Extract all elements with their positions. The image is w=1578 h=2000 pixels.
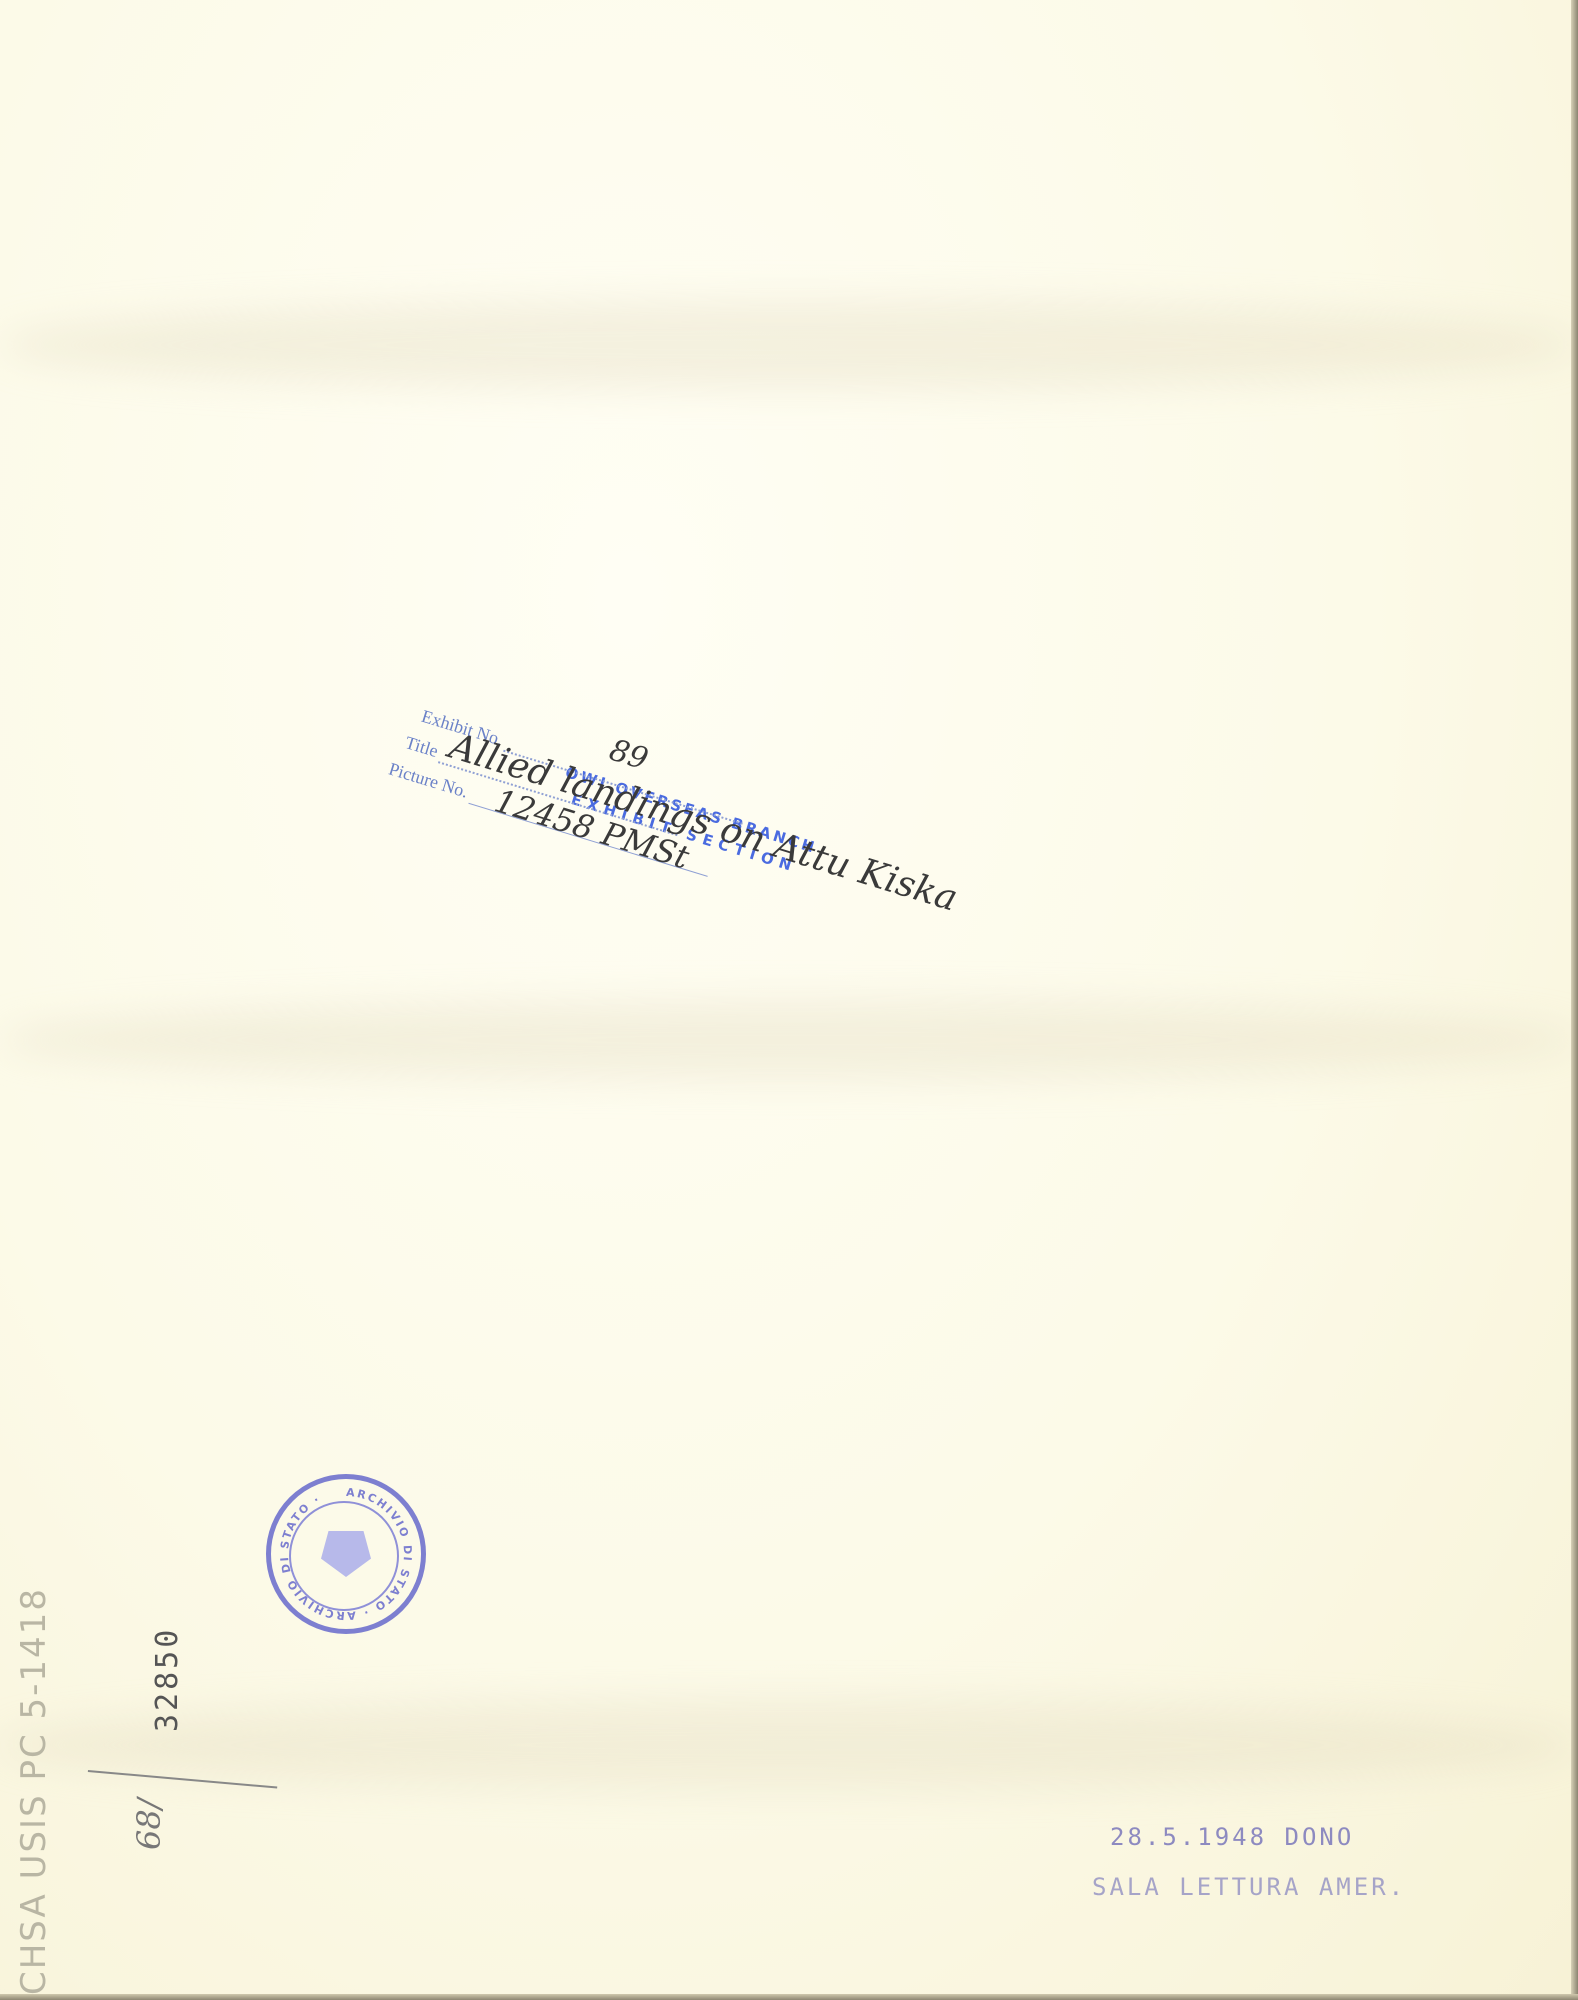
serial-number: 32850 (150, 1627, 185, 1732)
paper-edge-right (1571, 0, 1578, 2000)
donation-date-line: 28.5.1948 DONO (1110, 1812, 1406, 1862)
round-archive-stamp: ARCHIVIO DI STATO · ARCHIVIO DI STATO · (266, 1474, 426, 1634)
paper-crease-shadow (0, 1700, 1578, 1790)
paper-crease-shadow (0, 300, 1578, 390)
archive-reference: CHSA USIS PC 5-1418 (14, 1587, 54, 1995)
paper-edge-bottom (0, 1994, 1578, 2000)
donation-location-line: SALA LETTURA AMER. (1092, 1862, 1406, 1912)
serial-note: 68/ (130, 1799, 168, 1851)
paper-crease-shadow (0, 1000, 1578, 1080)
donation-stamp: 28.5.1948 DONO SALA LETTURA AMER. (1110, 1812, 1406, 1912)
